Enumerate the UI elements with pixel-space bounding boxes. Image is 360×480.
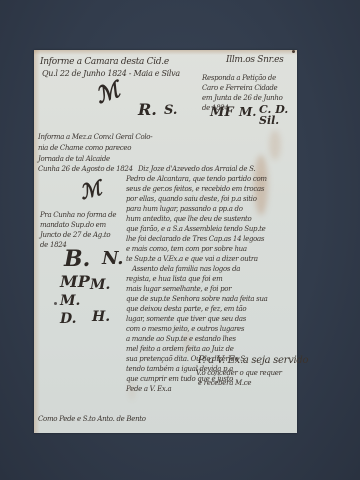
water-stain	[269, 130, 281, 160]
flourish-mark: ℳ	[78, 178, 104, 203]
pin-hole	[292, 50, 295, 53]
ink-dot	[54, 302, 57, 305]
flourish-mark: ℳ	[93, 79, 123, 108]
manuscript-page: Informe a Camara desta Cid.e Qu.l 22 de …	[34, 50, 297, 433]
footer-note: Como Pede e S.to Anto. de Bento	[38, 416, 146, 423]
